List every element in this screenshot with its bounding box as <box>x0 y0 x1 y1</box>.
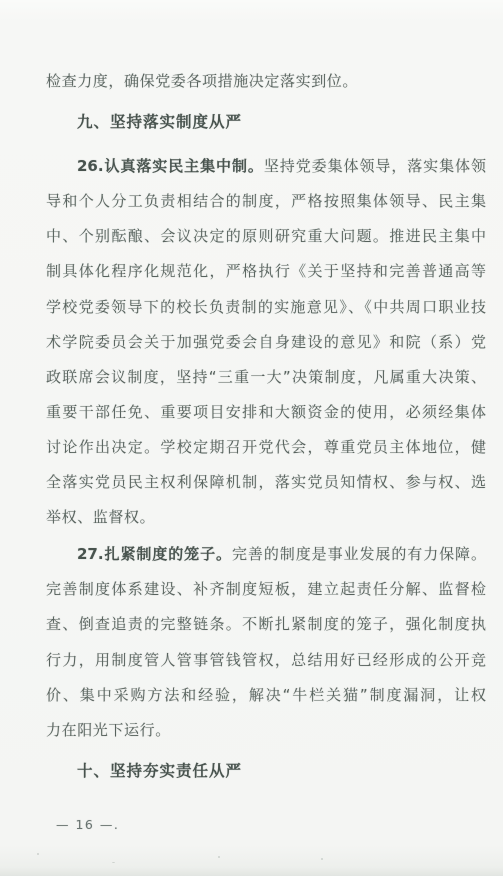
text-line: 检查力度，确保党委各项措施决定落实到位。 <box>46 64 486 99</box>
page-number: — 16 —. <box>56 817 119 832</box>
section-heading: 十、坚持夯实责任从严 <box>46 754 486 789</box>
paragraph-lead-bold: 27.扎紧制度的笼子。 <box>77 545 232 563</box>
scanned-document-page: 检查力度，确保党委各项措施决定落实到位。九、坚持落实制度从严26.认真落实民主集… <box>0 0 503 876</box>
text-line: 学校党委领导下的校长负责制的实施意见》、《中共周口职业技 <box>46 290 486 325</box>
text-line: 导和个人分工负责相结合的制度，严格按照集体领导、民主集 <box>46 184 486 219</box>
text-line: 中、个别酝酿、会议决定的原则研究重大问题。推进民主集中 <box>46 219 486 254</box>
section-heading: 九、坚持落实制度从严 <box>46 105 486 140</box>
text-line: 举权、监督权。 <box>46 500 486 535</box>
text-line: 行力，用制度管人管事管钱管权，总结用好已经形成的公开竞 <box>46 643 486 678</box>
text-line: 政联席会议制度，坚持“三重一大”决策制度，凡属重大决策、 <box>46 360 486 395</box>
text-line: 重要干部任免、重要项目安排和大额资金的使用，必须经集体 <box>46 395 486 430</box>
text-line: 27.扎紧制度的笼子。完善的制度是事业发展的有力保障。 <box>46 537 486 572</box>
text-line: 讨论作出决定。学校定期召开党代会，尊重党员主体地位，健 <box>46 430 486 465</box>
paragraph: 26.认真落实民主集中制。坚持党委集体领导，落实集体领导和个人分工负责相结合的制… <box>46 149 486 535</box>
text-line: 完善制度体系建设、补齐制度短板，建立起责任分解、监督检 <box>46 572 486 607</box>
scan-speckle <box>37 853 39 855</box>
scan-speckle <box>112 862 115 863</box>
text-line: 价、集中采购方法和经验，解决“牛栏关猫”制度漏洞，让权 <box>46 678 486 713</box>
text-line-segment: 坚持党委集体领导，落实集体领 <box>264 157 486 175</box>
scan-speckle <box>218 856 220 858</box>
text-line: 术学院委员会关于加强党委会自身建设的意见》和院（系）党 <box>46 325 486 360</box>
paragraph-lead-bold: 26.认真落实民主集中制。 <box>77 157 264 175</box>
paragraph: 27.扎紧制度的笼子。完善的制度是事业发展的有力保障。完善制度体系建设、补齐制度… <box>46 537 486 748</box>
document-body: 检查力度，确保党委各项措施决定落实到位。九、坚持落实制度从严26.认真落实民主集… <box>46 64 486 798</box>
text-line: 力在阳光下运行。 <box>46 713 486 748</box>
text-line: 全落实党员民主权利保障机制，落实党员知情权、参与权、选 <box>46 465 486 500</box>
scan-speckle <box>321 858 323 860</box>
text-line-segment: 完善的制度是事业发展的有力保障。 <box>232 545 486 563</box>
text-line: 制具体化程序化规范化，严格执行《关于坚持和完善普通高等 <box>46 254 486 289</box>
text-line: 查、倒查追责的完整链条。不断扎紧制度的笼子，强化制度执 <box>46 607 486 642</box>
text-line: 26.认真落实民主集中制。坚持党委集体领导，落实集体领 <box>46 149 486 184</box>
